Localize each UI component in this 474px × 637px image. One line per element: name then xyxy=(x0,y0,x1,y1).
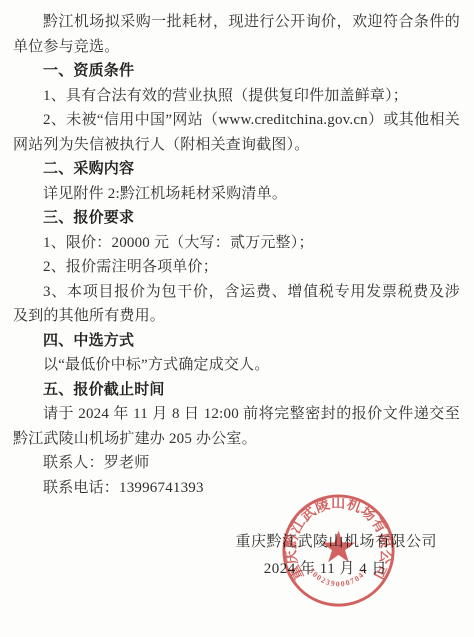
paragraph: 2、报价需注明各项单价； xyxy=(13,255,460,280)
contact-person-line: 联系人：罗老师 xyxy=(13,451,460,476)
section-heading-procurement-content: 二、采购内容 xyxy=(13,157,460,182)
paragraph: 以“最低价中标”方式确定成交人。 xyxy=(13,353,460,378)
document-body: 黔江机场拟采购一批耗材，现进行公开询价，欢迎符合条件的单位参与竞选。 一、资质条… xyxy=(0,0,474,500)
section-heading-quotation-requirements: 三、报价要求 xyxy=(13,206,460,231)
section-heading-selection-method: 四、中选方式 xyxy=(13,329,460,354)
signature-date: 2024 年 11 月 4 日 xyxy=(264,558,387,580)
paragraph: 1、限价：20000 元（大写：贰万元整）； xyxy=(13,231,460,256)
contact-phone-line: 联系电话：13996741393 xyxy=(13,476,460,501)
paragraph: 2、未被“信用中国”网站（www.creditchina.gov.cn）或其他相… xyxy=(13,108,460,157)
paragraph: 请于 2024 年 11 月 8 日 12:00 前将完整密封的报价文件递交至黔… xyxy=(13,402,460,451)
paragraph: 详见附件 2:黔江机场耗材采购清单。 xyxy=(13,182,460,207)
document-page: 黔江机场拟采购一批耗材，现进行公开询价，欢迎符合条件的单位参与竞选。 一、资质条… xyxy=(0,0,474,637)
section-heading-qualifications: 一、资质条件 xyxy=(13,59,460,84)
intro-paragraph: 黔江机场拟采购一批耗材，现进行公开询价，欢迎符合条件的单位参与竞选。 xyxy=(13,10,460,59)
paragraph: 3、本项目报价为包干价，含运费、增值税专用发票税费及涉及到的其他所有费用。 xyxy=(13,280,460,329)
paragraph: 1、具有合法有效的营业执照（提供复印件加盖鲜章）； xyxy=(13,84,460,109)
section-heading-deadline: 五、报价截止时间 xyxy=(13,378,460,403)
signature-company-name: 重庆黔江武陵山机场有限公司 xyxy=(235,531,437,553)
